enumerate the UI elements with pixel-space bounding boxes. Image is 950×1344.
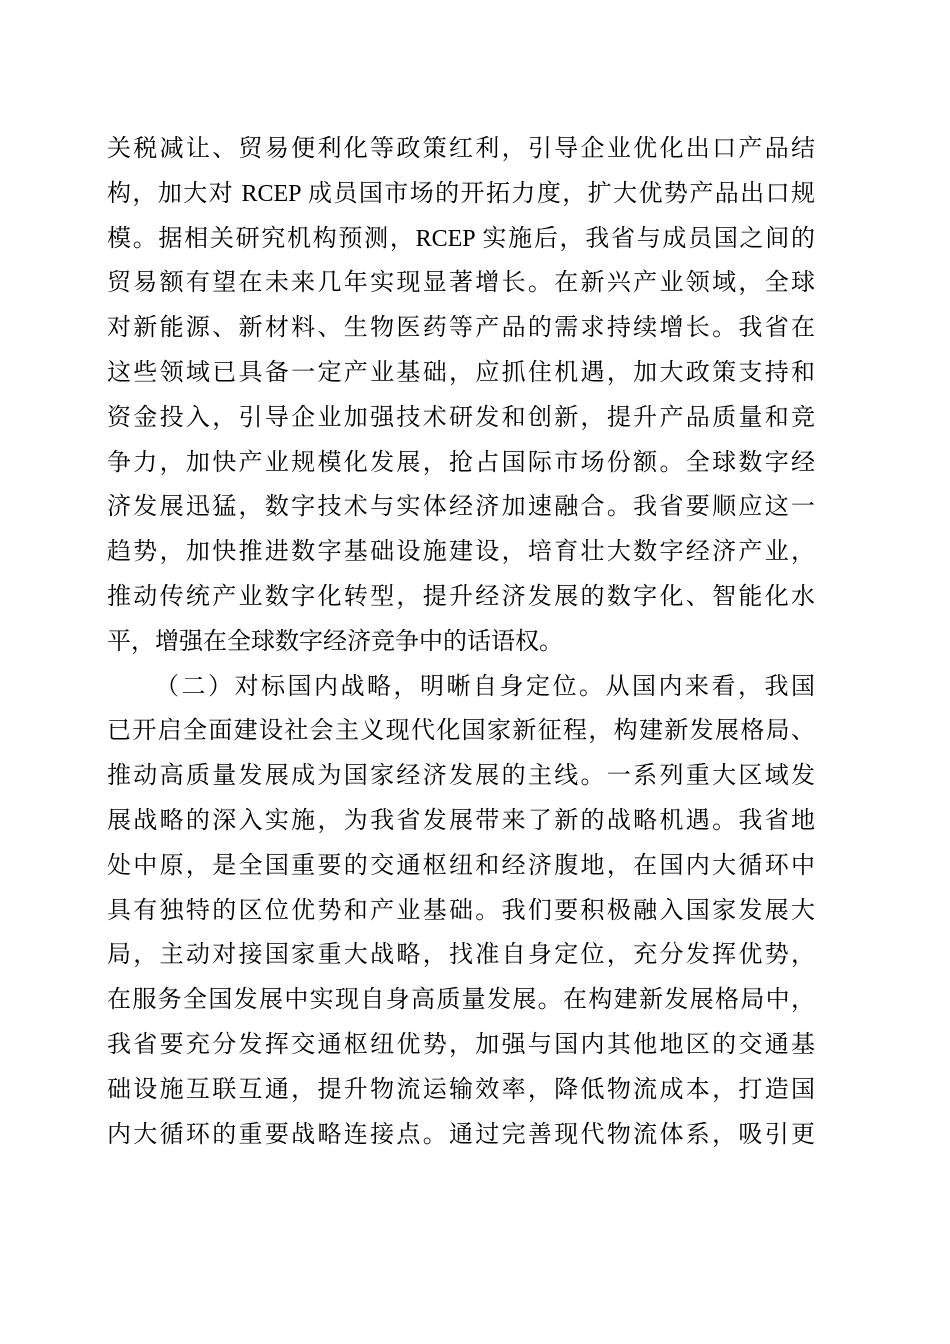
text-line: 我省要充分发挥交通枢纽优势，加强与国内其他地区的交通基 (107, 1023, 815, 1068)
text-line: 济发展迅猛，数字技术与实体经济加速融合。我省要顺应这一 (107, 485, 815, 530)
text-line: 模。据相关研究机构预测，RCEP 实施后，我省与成员国之间的 (107, 217, 815, 262)
document-page: 关税减让、贸易便利化等政策红利，引导企业优化出口产品结构，加大对 RCEP 成员… (0, 0, 950, 1344)
text-line: 具有独特的区位优势和产业基础。我们要积极融入国家发展大 (107, 889, 815, 934)
text-line: 争力，加快产业规模化发展，抢占国际市场份额。全球数字经 (107, 441, 815, 486)
text-line: 这些领域已具备一定产业基础，应抓住机遇，加大政策支持和 (107, 351, 815, 396)
text-line: 资金投入，引导企业加强技术研发和创新，提升产品质量和竞 (107, 396, 815, 441)
text-line: 已开启全面建设社会主义现代化国家新征程，构建新发展格局、 (107, 709, 815, 754)
text-line: 在服务全国发展中实现自身高质量发展。在构建新发展格局中， (107, 978, 815, 1023)
text-line: 关税减让、贸易便利化等政策红利，引导企业优化出口产品结 (107, 127, 815, 172)
text-line: 展战略的深入实施，为我省发展带来了新的战略机遇。我省地 (107, 799, 815, 844)
text-line: 贸易额有望在未来几年实现显著增长。在新兴产业领域，全球 (107, 261, 815, 306)
text-line: 处中原，是全国重要的交通枢纽和经济腹地，在国内大循环中 (107, 844, 815, 889)
text-line: 推动高质量发展成为国家经济发展的主线。一系列重大区域发 (107, 754, 815, 799)
text-line: 平，增强在全球数字经济竞争中的话语权。 (107, 620, 815, 665)
text-line: （二）对标国内战略，明晰自身定位。从国内来看，我国 (107, 665, 815, 710)
text-line: 趋势，加快推进数字基础设施建设，培育壮大数字经济产业， (107, 530, 815, 575)
text-line: 内大循环的重要战略连接点。通过完善现代物流体系，吸引更 (107, 1113, 815, 1158)
text-line: 对新能源、新材料、生物医药等产品的需求持续增长。我省在 (107, 306, 815, 351)
text-line: 础设施互联互通，提升物流运输效率，降低物流成本，打造国 (107, 1068, 815, 1113)
text-line: 推动传统产业数字化转型，提升经济发展的数字化、智能化水 (107, 575, 815, 620)
document-text-block: 关税减让、贸易便利化等政策红利，引导企业优化出口产品结构，加大对 RCEP 成员… (107, 127, 815, 1157)
text-line: 构，加大对 RCEP 成员国市场的开拓力度，扩大优势产品出口规 (107, 172, 815, 217)
text-line: 局，主动对接国家重大战略，找准自身定位，充分发挥优势， (107, 933, 815, 978)
